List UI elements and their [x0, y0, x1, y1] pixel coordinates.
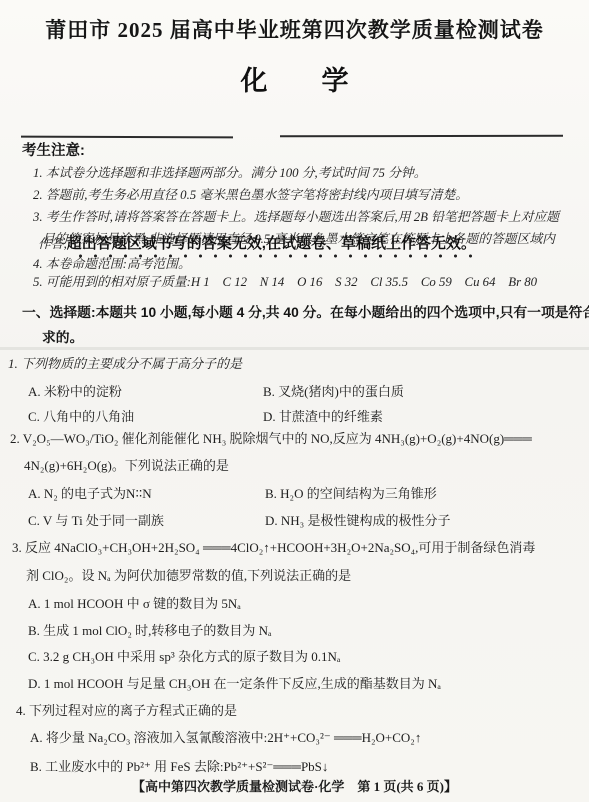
question-3-stem-line2: 剂 ClO₂。设 Nₐ 为阿伏加德罗常数的值,下列说法正确的是 — [26, 569, 351, 582]
question-1-stem: 1. 下列物质的主要成分不属于高分子的是 — [8, 357, 242, 370]
question-3-option-d: D. 1 mol HCOOH 与足量 CH₃OH 在一定条件下反应,生成的酯基数… — [28, 677, 441, 690]
notice-item-4: 4. 本卷命题范围:高考范围。 — [33, 258, 191, 271]
question-2-option-c: C. V 与 Ti 处于同一副族 — [28, 514, 164, 527]
question-1-option-a: A. 米粉中的淀粉 — [28, 385, 122, 398]
question-3-option-b: B. 生成 1 mol ClO₂ 时,转移电子的数目为 Nₐ — [28, 624, 272, 637]
question-4-stem-text: 下列过程对应的离子方程式正确的是 — [29, 703, 237, 718]
question-3-number: 3. — [12, 540, 22, 555]
notice-item-3-line3: 作答,超出答题区域书写的答案无效,在试题卷、草稿纸上作答无效。 — [38, 236, 476, 251]
question-3-stem-text-line1: 反应 4NaClO₃+CH₃OH+2H₂SO₄ ═══4ClO₂↑+HCOOH+… — [25, 540, 535, 555]
question-4-option-b: B. 工业废水中的 Pb²⁺ 用 FeS 去除:Pb²⁺+S²⁻═══PbS↓ — [30, 760, 328, 773]
question-2-number: 2. — [10, 431, 20, 446]
question-1-option-c: C. 八角中的八角油 — [28, 410, 134, 423]
page-title: 莆田市 2025 届高中毕业班第四次教学质量检测试卷 — [0, 20, 589, 41]
header-rule-left — [21, 136, 233, 139]
notice-item-5-atomic-masses: 5. 可能用到的相对原子质量:H 1 C 12 N 14 O 16 S 32 C… — [33, 276, 537, 289]
question-2-option-d: D. NH₃ 是极性键构成的极性分子 — [265, 514, 450, 527]
question-1-stem-text: 下列物质的主要成分不属于高分子的是 — [21, 356, 242, 371]
question-1-number: 1. — [8, 356, 18, 371]
question-3-stem-line1: 3. 反应 4NaClO₃+CH₃OH+2H₂SO₄ ═══4ClO₂↑+HCO… — [12, 541, 535, 554]
question-2-option-b: B. H₂O 的空间结构为三角锥形 — [265, 487, 437, 500]
notice-item-3-line3-prefix: 作答, — [38, 237, 67, 251]
question-3-option-c: C. 3.2 g CH₃OH 中采用 sp³ 杂化方式的原子数目为 0.1Nₐ — [28, 650, 340, 663]
notice-item-2: 2. 答题前,考生务必用直径 0.5 毫米黑色墨水签字笔将密封线内项目填写清楚。 — [33, 189, 468, 202]
question-2-stem-text-line1: V₂O₅—WO₃/TiO₂ 催化剂能催化 NH₃ 脱除烟气中的 NO,反应为 4… — [23, 431, 532, 446]
question-1-option-b: B. 叉烧(猪肉)中的蛋白质 — [263, 385, 404, 398]
section-heading-line1: 一、选择题:本题共 10 小题,每小题 4 分,共 40 分。在每小题给出的四个… — [22, 306, 589, 320]
question-2-option-a: A. N₂ 的电子式为N∶∶N — [28, 487, 152, 500]
notice-heading: 考生注意: — [22, 144, 85, 159]
question-4-option-a: A. 将少量 Na₂CO₃ 溶液加入氢氰酸溶液中:2H⁺+CO₃²⁻ ═══H₂… — [30, 731, 421, 744]
notice-item-3-line1: 3. 考生作答时,请将答案答在答题卡上。选择题每小题选出答案后,用 2B 铅笔把… — [33, 211, 559, 224]
exam-paper-page: 莆田市 2025 届高中毕业班第四次教学质量检测试卷 化 学 考生注意: 1. … — [0, 0, 589, 802]
question-1-option-d: D. 甘蔗渣中的纤维素 — [263, 410, 383, 423]
page-footer: 【高中第四次教学质量检测试卷·化学 第 1 页(共 6 页)】 — [0, 780, 589, 793]
question-4-stem: 4. 下列过程对应的离子方程式正确的是 — [16, 704, 237, 717]
notice-item-3-emphasis-text: 超出答题区域书写的答案无效,在试题卷、草稿纸上作答无效。 — [67, 235, 476, 258]
question-2-stem-line2: 4N₂(g)+6H₂O(g)。下列说法正确的是 — [24, 459, 229, 472]
question-3-option-a: A. 1 mol HCOOH 中 σ 键的数目为 5Nₐ — [28, 597, 241, 610]
subject-title: 化 学 — [0, 68, 589, 95]
question-4-number: 4. — [16, 703, 26, 718]
header-rule-right — [280, 135, 563, 137]
notice-item-1: 1. 本试卷分选择题和非选择题两部分。满分 100 分,考试时间 75 分钟。 — [33, 167, 427, 180]
section-heading-line2: 求的。 — [42, 331, 83, 345]
scan-artifact-line — [0, 347, 589, 350]
question-2-stem-line1: 2. V₂O₅—WO₃/TiO₂ 催化剂能催化 NH₃ 脱除烟气中的 NO,反应… — [10, 432, 532, 445]
